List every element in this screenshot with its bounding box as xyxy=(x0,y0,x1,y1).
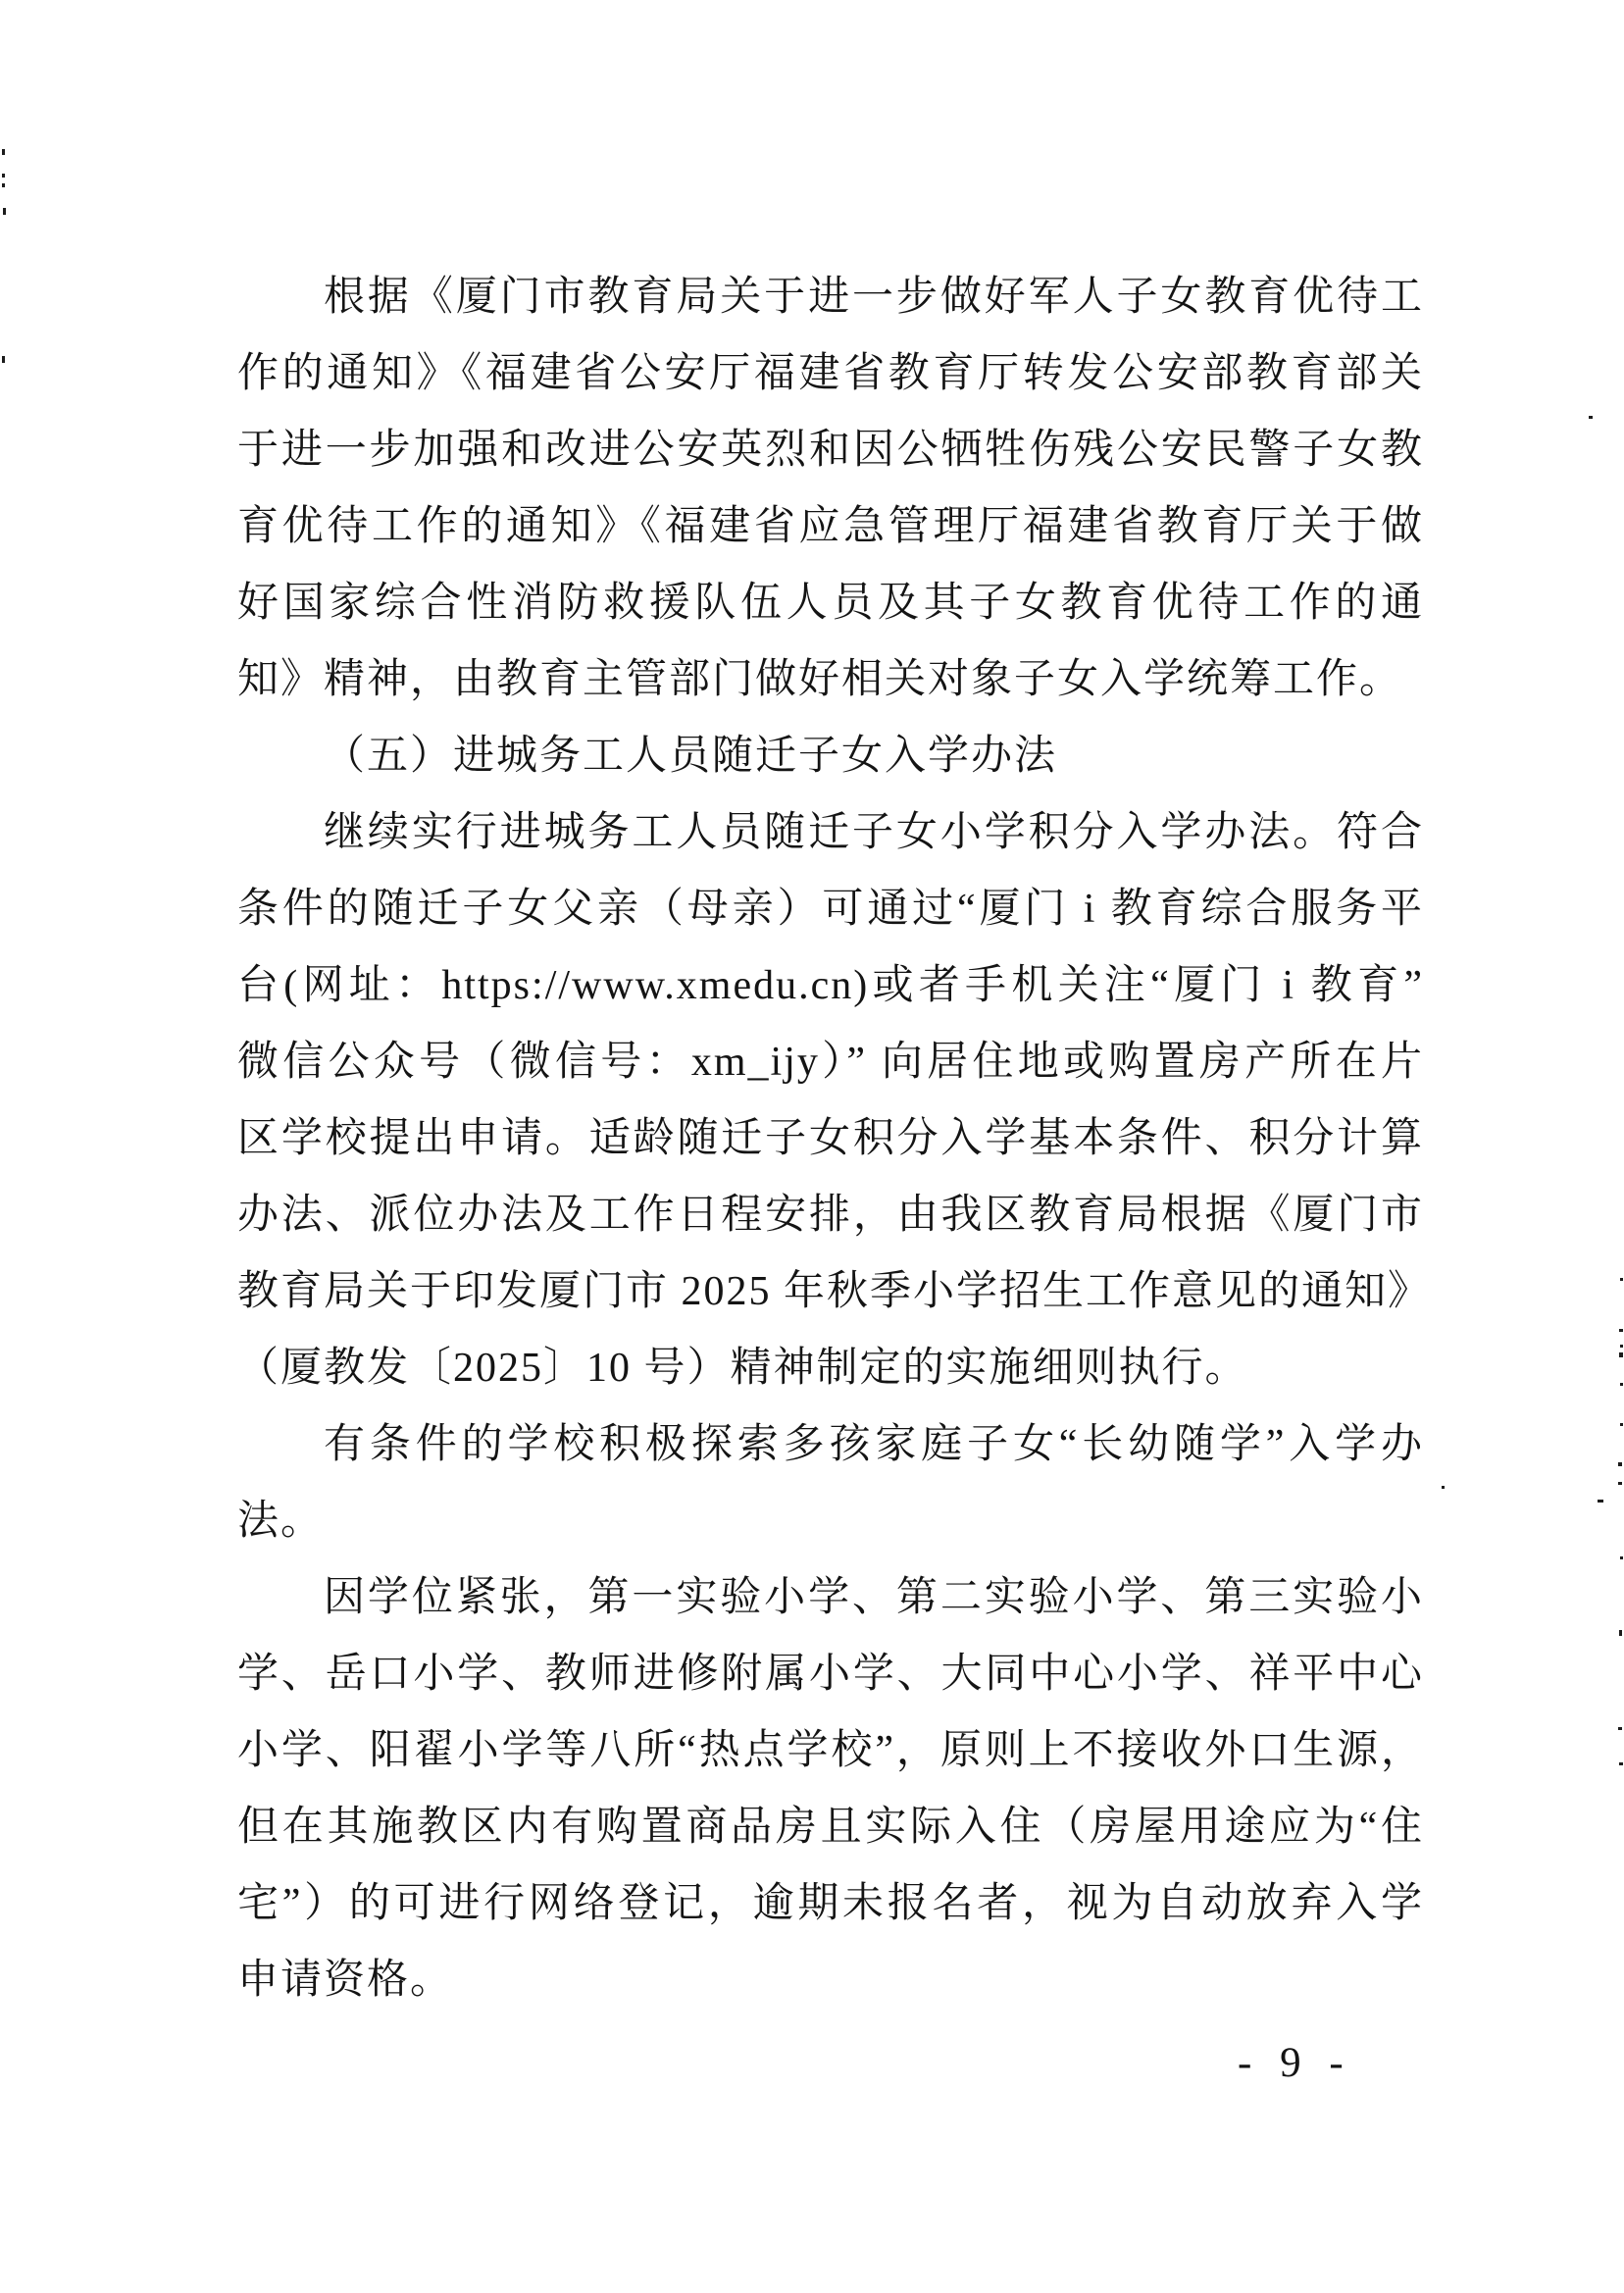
text-line: 好国家综合性消防救援队伍人员及其子女教育优待工作的通 xyxy=(237,565,1424,641)
text-line: 因学位紧张，第一实验小学、第二实验小学、第三实验小 xyxy=(237,1559,1424,1636)
scan-artifact-dot xyxy=(1619,1762,1623,1765)
text-line: 于进一步加强和改进公安英烈和因公牺牲伤残公安民警子女教 xyxy=(237,412,1424,488)
scan-artifact-dot xyxy=(2,356,5,363)
scan-artifact-dot xyxy=(1620,1556,1623,1559)
scan-artifact-dot xyxy=(1442,1486,1445,1489)
text-line: 小学、阳翟小学等八所“热点学校”，原则上不接收外口生源， xyxy=(237,1712,1424,1789)
text-line: （厦教发〔2025〕10 号）精神制定的实施细则执行。 xyxy=(237,1330,1424,1406)
scan-artifact-dot xyxy=(3,208,6,215)
text-line: 台(网址：https://www.xmedu.cn)或者手机关注“厦门 i 教育… xyxy=(237,947,1424,1024)
page-number: - 9 - xyxy=(1238,2040,1414,2087)
text-line: 育优待工作的通知》《福建省应急管理厅福建省教育厅关于做 xyxy=(237,488,1424,565)
document-body: 根据《厦门市教育局关于进一步做好军人子女教育优待工 作的通知》《福建省公安厅福建… xyxy=(237,259,1424,2018)
scan-artifact-dot xyxy=(1620,1423,1623,1426)
scan-artifact-dot xyxy=(1598,1500,1603,1503)
text-line: 教育局关于印发厦门市 2025 年秋季小学招生工作意见的通知》 xyxy=(237,1253,1424,1330)
scan-artifact-dot xyxy=(1618,1462,1622,1466)
text-line: 办法、派位办法及工作日程安排，由我区教育局根据《厦门市 xyxy=(237,1177,1424,1253)
document-page: 根据《厦门市教育局关于进一步做好军人子女教育优待工 作的通知》《福建省公安厅福建… xyxy=(0,0,1624,2293)
text-line: 宅”）的可进行网络登记，逾期未报名者，视为自动放弃入学 xyxy=(237,1865,1424,1942)
text-line: 学、岳口小学、教师进修附属小学、大同中心小学、祥平中心 xyxy=(237,1636,1424,1712)
scan-artifact-dot xyxy=(1619,1329,1623,1332)
scan-artifact-dot xyxy=(1620,1383,1623,1386)
scan-artifact-dot xyxy=(1619,1630,1622,1636)
scan-artifact-dot xyxy=(2,174,5,178)
text-line: 根据《厦门市教育局关于进一步做好军人子女教育优待工 xyxy=(237,259,1424,335)
scan-artifact-dot xyxy=(1620,1345,1623,1348)
text-line: 有条件的学校积极探索多孩家庭子女“长幼随学”入学办 xyxy=(237,1406,1424,1483)
scan-artifact-dot xyxy=(1589,416,1593,419)
scan-artifact-dot xyxy=(1620,1278,1623,1281)
text-line: 条件的随迁子女父亲（母亲）可通过“厦门 i 教育综合服务平 xyxy=(237,871,1424,947)
scan-artifact-dot xyxy=(1619,1352,1623,1357)
text-line: 申请资格。 xyxy=(237,1942,1424,2018)
scan-artifact-dot xyxy=(1618,1727,1622,1730)
text-line: 继续实行进城务工人员随迁子女小学积分入学办法。符合 xyxy=(237,794,1424,871)
text-line: 区学校提出申请。适龄随迁子女积分入学基本条件、积分计算 xyxy=(237,1100,1424,1177)
text-line: 作的通知》《福建省公安厅福建省教育厅转发公安部教育部关 xyxy=(237,335,1424,412)
scan-artifact-dot xyxy=(2,149,5,155)
text-line: 法。 xyxy=(237,1483,1424,1559)
text-line: 知》精神，由教育主管部门做好相关对象子女入学统筹工作。 xyxy=(237,641,1424,718)
scan-artifact-dot xyxy=(1618,1482,1622,1485)
section-heading: （五）进城务工人员随迁子女入学办法 xyxy=(237,718,1424,794)
text-line: 但在其施教区内有购置商品房且实际入住（房屋用途应为“住 xyxy=(237,1789,1424,1865)
text-line: 微信公众号（微信号：xm_ijy）” 向居住地或购置房产所在片 xyxy=(237,1024,1424,1100)
scan-artifact-dot xyxy=(2,183,5,187)
